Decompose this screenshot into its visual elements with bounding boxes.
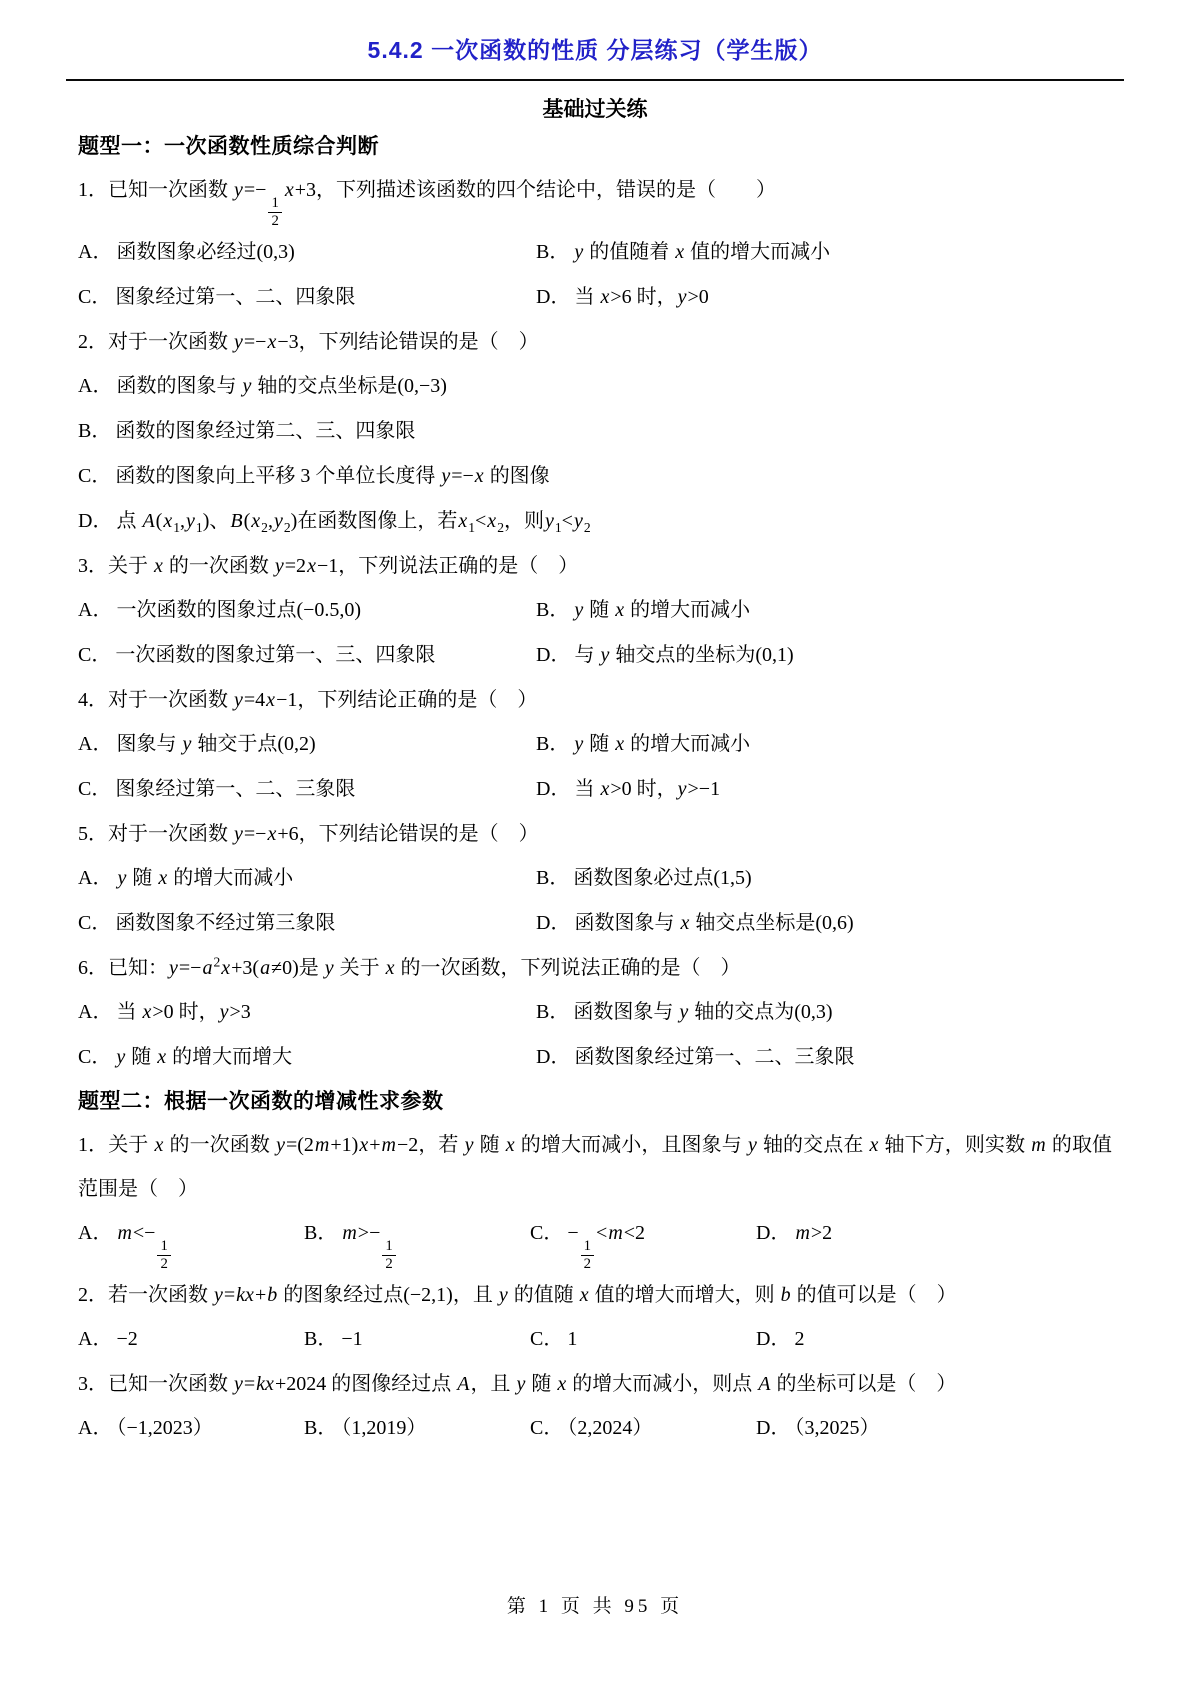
section-heading: 题型一：一次函数性质综合判断 [78,125,1112,168]
options-group: A．m<−12B．m>−12C．−12<m<2D．m>2 [78,1211,1112,1273]
option-text: 图象经过第一、二、四象限 [115,286,355,308]
option-text: 2 [794,1328,804,1350]
question-stem: 1．已知一次函数 y=−12x+3，下列描述该函数的四个结论中，错误的是（ ） [78,168,1112,230]
page-header: 5.4.2 一次函数的性质 分层练习（学生版） 基础过关练 [78,32,1112,123]
question-stem: 1．关于 x 的一次函数 y=(2m+1)x+m−2，若 y 随 x 的增大而减… [78,1123,1112,1211]
question: 6．已知：y=−a2x+3(a≠0)是 y 关于 x 的一次函数，下列说法正确的… [78,946,1112,1080]
question-stem: 4．对于一次函数 y=4x−1，下列结论正确的是（ ） [78,678,1112,722]
option-text: y 随 x 的增大而减小 [573,599,750,621]
option-label: B． [304,1328,337,1350]
option-item: D．（3,2025） [756,1406,1112,1451]
question: 2．若一次函数 y=kx+b 的图象经过点(−2,1)，且 y 的值随 x 值的… [78,1273,1112,1362]
question-stem: 3．已知一次函数 y=kx+2024 的图像经过点 A，且 y 随 x 的增大而… [78,1362,1112,1406]
option-item: A．m<−12 [78,1211,304,1273]
option-text: 函数图象经过第一、二、三象限 [574,1046,854,1068]
option-label: B． [536,867,569,889]
option-item: C．一次函数的图象过第一、三、四象限 [78,633,536,678]
option-item: A．函数图象必经过(0,3) [78,230,536,275]
option-item: D．函数图象与 x 轴交点坐标是(0,6) [536,901,1112,946]
option-item: A．一次函数的图象过点(−0.5,0) [78,588,536,633]
question: 4．对于一次函数 y=4x−1，下列结论正确的是（ ）A．图象与 y 轴交于点(… [78,678,1112,812]
option-label: C． [78,286,111,308]
worksheet-page: 5.4.2 一次函数的性质 分层练习（学生版） 基础过关练 题型一：一次函数性质… [0,0,1190,1682]
option-text: y 随 x 的增大而减小 [116,867,293,889]
option-text: （3,2025） [794,1417,879,1439]
option-item: D．2 [756,1317,1112,1362]
option-text: 函数图象与 y 轴的交点为(0,3) [573,1001,832,1023]
option-text: 图象经过第一、二、三象限 [115,778,355,800]
option-text: 函数图象不经过第三象限 [115,912,335,934]
worksheet-subtitle: 基础过关练 [78,93,1112,123]
option-item: B．m>−12 [304,1211,530,1273]
question: 1．关于 x 的一次函数 y=(2m+1)x+m−2，若 y 随 x 的增大而减… [78,1123,1112,1273]
option-text: m>2 [794,1222,832,1244]
option-label: D． [536,1046,570,1068]
option-item: D．与 y 轴交点的坐标为(0,1) [536,633,1112,678]
option-text: −1 [341,1328,362,1350]
option-label: A． [78,867,112,889]
option-text: 函数的图象经过第二、三、四象限 [115,420,415,442]
option-label: D． [78,510,112,532]
option-item: C．−12<m<2 [530,1211,756,1273]
option-label: B． [536,733,569,755]
option-label: A． [78,241,112,263]
question: 3．已知一次函数 y=kx+2024 的图像经过点 A，且 y 随 x 的增大而… [78,1362,1112,1451]
options-group: A．当 x>0 时，y>3B．函数图象与 y 轴的交点为(0,3)C．y 随 x… [78,990,1112,1080]
option-item: A．函数的图象与 y 轴的交点坐标是(0,−3) [78,364,1112,409]
document-body: 题型一：一次函数性质综合判断1．已知一次函数 y=−12x+3，下列描述该函数的… [78,125,1112,1451]
option-label: D． [536,912,570,934]
option-item: C．1 [530,1317,756,1362]
option-item: D．点 A(x1,y1)、B(x2,y2)在函数图像上，若x1<x2，则y1<y… [78,499,1112,544]
option-label: B． [536,599,569,621]
option-text: 函数的图象向上平移 3 个单位长度得 y=−x 的图像 [115,465,549,487]
option-item: C．（2,2024） [530,1406,756,1451]
question: 2．对于一次函数 y=−x−3，下列结论错误的是（ ）A．函数的图象与 y 轴的… [78,320,1112,544]
option-item: C．图象经过第一、二、三象限 [78,767,536,812]
question-stem: 3．关于 x 的一次函数 y=2x−1，下列说法正确的是（ ） [78,544,1112,588]
option-item: C．函数的图象向上平移 3 个单位长度得 y=−x 的图像 [78,454,1112,499]
option-label: C． [530,1417,563,1439]
option-label: D． [756,1222,790,1244]
option-item: B．y 随 x 的增大而减小 [536,722,1112,767]
option-text: m>−12 [341,1222,397,1244]
option-item: C．y 随 x 的增大而增大 [78,1035,536,1080]
option-text: 点 A(x1,y1)、B(x2,y2)在函数图像上，若x1<x2，则y1<y2 [116,510,590,532]
option-label: A． [78,375,112,397]
option-item: B．（1,2019） [304,1406,530,1451]
option-text: 当 x>6 时，y>0 [574,286,708,308]
option-item: A．−2 [78,1317,304,1362]
option-text: 函数的图象与 y 轴的交点坐标是(0,−3) [116,375,447,397]
option-item: D．当 x>0 时，y>−1 [536,767,1112,812]
option-label: A． [78,1222,112,1244]
header-divider [66,79,1124,81]
option-label: D． [536,778,570,800]
options-group: A．图象与 y 轴交于点(0,2)B．y 随 x 的增大而减小C．图象经过第一、… [78,722,1112,812]
section-heading: 题型二：根据一次函数的增减性求参数 [78,1080,1112,1123]
option-item: D．函数图象经过第一、二、三象限 [536,1035,1112,1080]
option-item: B．函数图象与 y 轴的交点为(0,3) [536,990,1112,1035]
page-title: 5.4.2 一次函数的性质 分层练习（学生版） [78,32,1112,65]
option-item: B．−1 [304,1317,530,1362]
option-label: B． [536,241,569,263]
option-label: D． [756,1417,790,1439]
options-group: A．−2B．−1C．1D．2 [78,1317,1112,1362]
options-group: A．（−1,2023）B．（1,2019）C．（2,2024）D．（3,2025… [78,1406,1112,1451]
option-label: C． [530,1222,563,1244]
question-stem: 2．对于一次函数 y=−x−3，下列结论错误的是（ ） [78,320,1112,364]
question-stem: 5．对于一次函数 y=−x+6，下列结论错误的是（ ） [78,812,1112,856]
option-text: （−1,2023） [116,1417,212,1439]
options-group: A．函数图象必经过(0,3)B．y 的值随着 x 值的增大而减小C．图象经过第一… [78,230,1112,320]
option-text: m<−12 [116,1222,172,1244]
option-label: A． [78,1417,112,1439]
option-text: 函数图象必过点(1,5) [573,867,751,889]
option-item: D．当 x>6 时，y>0 [536,275,1112,320]
option-item: B．y 随 x 的增大而减小 [536,588,1112,633]
option-label: C． [78,465,111,487]
options-group: A．y 随 x 的增大而减小B．函数图象必过点(1,5)C．函数图象不经过第三象… [78,856,1112,946]
option-label: C． [78,912,111,934]
option-text: −2 [116,1328,137,1350]
question-stem: 6．已知：y=−a2x+3(a≠0)是 y 关于 x 的一次函数，下列说法正确的… [78,946,1112,990]
option-label: D． [536,286,570,308]
question: 3．关于 x 的一次函数 y=2x−1，下列说法正确的是（ ）A．一次函数的图象… [78,544,1112,678]
option-label: D． [756,1328,790,1350]
question: 5．对于一次函数 y=−x+6，下列结论错误的是（ ）A．y 随 x 的增大而减… [78,812,1112,946]
option-item: B．函数图象必过点(1,5) [536,856,1112,901]
option-item: C．图象经过第一、二、四象限 [78,275,536,320]
option-item: B．函数的图象经过第二、三、四象限 [78,409,1112,454]
option-label: C． [78,644,111,666]
option-text: 当 x>0 时，y>3 [116,1001,250,1023]
option-label: C． [78,778,111,800]
option-item: A．y 随 x 的增大而减小 [78,856,536,901]
option-label: B． [304,1222,337,1244]
option-label: A． [78,1001,112,1023]
option-text: −12<m<2 [567,1222,645,1244]
option-text: 一次函数的图象过点(−0.5,0) [116,599,361,621]
option-item: A．当 x>0 时，y>3 [78,990,536,1035]
option-text: y 的值随着 x 值的增大而减小 [573,241,830,263]
option-label: A． [78,733,112,755]
option-label: C． [530,1328,563,1350]
option-text: （1,2019） [341,1417,426,1439]
option-text: 函数图象与 x 轴交点坐标是(0,6) [574,912,853,934]
question-stem: 2．若一次函数 y=kx+b 的图象经过点(−2,1)，且 y 的值随 x 值的… [78,1273,1112,1317]
options-group: A．一次函数的图象过点(−0.5,0)B．y 随 x 的增大而减小C．一次函数的… [78,588,1112,678]
option-text: 当 x>0 时，y>−1 [574,778,720,800]
option-item: A．（−1,2023） [78,1406,304,1451]
option-label: D． [536,644,570,666]
option-item: C．函数图象不经过第三象限 [78,901,536,946]
page-footer: 第 1 页 共 95 页 [0,1591,1190,1618]
option-label: B． [304,1417,337,1439]
options-group: A．函数的图象与 y 轴的交点坐标是(0,−3)B．函数的图象经过第二、三、四象… [78,364,1112,544]
option-text: y 随 x 的增大而减小 [573,733,750,755]
option-text: 1 [567,1328,577,1350]
option-label: A． [78,599,112,621]
option-text: 图象与 y 轴交于点(0,2) [116,733,315,755]
option-item: D．m>2 [756,1211,1112,1273]
option-label: B． [536,1001,569,1023]
option-item: B．y 的值随着 x 值的增大而减小 [536,230,1112,275]
option-label: C． [78,1046,111,1068]
option-item: A．图象与 y 轴交于点(0,2) [78,722,536,767]
question: 1．已知一次函数 y=−12x+3，下列描述该函数的四个结论中，错误的是（ ）A… [78,168,1112,320]
option-label: B． [78,420,111,442]
option-text: y 随 x 的增大而增大 [115,1046,292,1068]
option-text: 一次函数的图象过第一、三、四象限 [115,644,435,666]
option-text: （2,2024） [567,1417,652,1439]
option-label: A． [78,1328,112,1350]
option-text: 与 y 轴交点的坐标为(0,1) [574,644,793,666]
option-text: 函数图象必经过(0,3) [116,241,294,263]
